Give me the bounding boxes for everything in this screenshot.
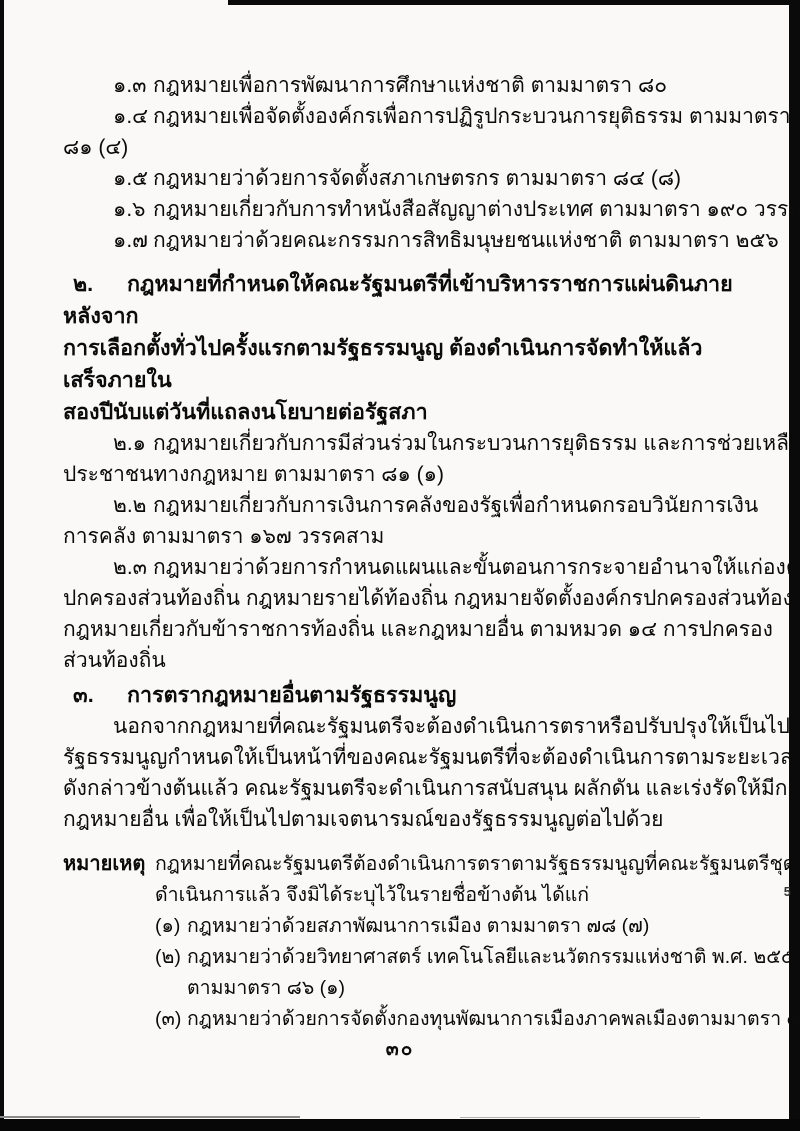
note-item-continuation: ตามมาตรา ๘๖ (๑) — [187, 973, 800, 1004]
list-item-continuation: กฎหมายเกี่ยวกับข้าราชการท้องถิ่น และกฎหม… — [63, 614, 745, 645]
section-2-heading-continuation: การเลือกตั้งทั่วไปครั้งแรกตามรัฐธรรมนูญ … — [63, 332, 745, 396]
section-3: ๓.การตรากฎหมายอื่นตามรัฐธรรมนูญ นอกจากกฎ… — [63, 679, 745, 835]
heading-text: กฎหมายที่กำหนดให้คณะรัฐมนตรีที่เข้าบริหา… — [63, 272, 733, 328]
paragraph-line: นอกจากกฎหมายที่คณะรัฐมนตรีจะต้องดำเนินกา… — [63, 711, 745, 742]
item-text: กฎหมายว่าด้วยการกำหนดแผนและขั้นตอนการกระ… — [153, 556, 800, 579]
paragraph-line: กฎหมายอื่น เพื่อให้เป็นไปตามเจตนารมณ์ของ… — [63, 804, 745, 835]
list-item-continuation: ปกครองส่วนท้องถิ่น กฎหมายรายได้ท้องถิ่น … — [63, 583, 745, 614]
note-item-text: กฎหมายว่าด้วยวิทยาศาสตร์ เทคโนโลยีและนวั… — [187, 946, 800, 968]
note-label: หมายเหตุ — [63, 849, 155, 1035]
list-item-continuation: ประชาชนทางกฎหมาย ตามมาตรา ๘๑ (๑) — [63, 459, 745, 490]
section-3-heading: ๓.การตรากฎหมายอื่นตามรัฐธรรมนูญ — [63, 679, 745, 711]
item-number: ๑.๖ — [113, 194, 153, 225]
note-item-number: (๑) — [155, 911, 187, 942]
note-item-number: (๒) — [155, 942, 187, 973]
document-content: ๑.๓กฎหมายเพื่อการพัฒนาการศึกษาแห่งชาติ ต… — [0, 0, 800, 1035]
item-number: ๒.๑ — [113, 428, 153, 459]
paragraph-line: รัฐธรรมนูญกำหนดให้เป็นหน้าที่ของคณะรัฐมน… — [63, 742, 745, 773]
section-2-heading-continuation: สองปีนับแต่วันที่แถลงนโยบายต่อรัฐสภา — [63, 396, 745, 428]
scan-smudge — [0, 1116, 300, 1118]
note-item: (๓)กฎหมายว่าด้วยการจัดตั้งกองทุนพัฒนาการ… — [155, 1004, 800, 1035]
note-section: หมายเหตุ กฎหมายที่คณะรัฐมนตรีต้องดำเนินก… — [63, 849, 745, 1035]
note-line: ดำเนินการแล้ว จึงมิได้ระบุไว้ในรายชื่อข้… — [155, 880, 800, 911]
list-item: ๒.๒กฎหมายเกี่ยวกับการเงินการคลังของรัฐเพ… — [63, 490, 745, 521]
list-item: ๒.๓กฎหมายว่าด้วยการกำหนดแผนและขั้นตอนการ… — [63, 552, 745, 583]
paragraph-line: ดังกล่าวข้างต้นแล้ว คณะรัฐมนตรีจะดำเนินก… — [63, 773, 745, 804]
item-number: ๑.๗ — [113, 225, 153, 256]
section-number: ๓. — [73, 679, 127, 711]
list-item: ๒.๑กฎหมายเกี่ยวกับการมีส่วนร่วมในกระบวนก… — [63, 428, 745, 459]
item-number: ๑.๕ — [113, 163, 153, 194]
note-item: (๑)กฎหมายว่าด้วยสภาพัฒนาการเมือง ตามมาตร… — [155, 911, 800, 942]
scan-smudge — [460, 1117, 700, 1118]
note-item-number: (๓) — [155, 1004, 187, 1035]
paragraph-text: นอกจากกฎหมายที่คณะรัฐมนตรีจะต้องดำเนินกา… — [113, 715, 800, 738]
scanned-document-page: 5 ๑.๓กฎหมายเพื่อการพัฒนาการศึกษาแห่งชาติ… — [0, 0, 800, 1131]
item-number: ๑.๔ — [113, 101, 153, 132]
item-text: กฎหมายเกี่ยวกับการทำหนังสือสัญญาต่างประเ… — [153, 198, 800, 221]
section-number: ๒. — [73, 268, 127, 300]
item-text: กฎหมายเกี่ยวกับการเงินการคลังของรัฐเพื่อ… — [153, 494, 758, 517]
list-item: ๑.๗กฎหมายว่าด้วยคณะกรรมการสิทธิมนุษยชนแห… — [63, 225, 745, 256]
section-2-heading: ๒.กฎหมายที่กำหนดให้คณะรัฐมนตรีที่เข้าบริ… — [63, 268, 745, 332]
heading-text: การตรากฎหมายอื่นตามรัฐธรรมนูญ — [127, 683, 456, 707]
item-number: ๑.๓ — [113, 70, 153, 101]
section-2: ๒.กฎหมายที่กำหนดให้คณะรัฐมนตรีที่เข้าบริ… — [63, 268, 745, 676]
section-1-law-list: ๑.๓กฎหมายเพื่อการพัฒนาการศึกษาแห่งชาติ ต… — [63, 70, 745, 256]
item-text: กฎหมายว่าด้วยการจัดตั้งสภาเกษตรกร ตามมาต… — [153, 167, 681, 190]
list-item: ๑.๔กฎหมายเพื่อจัดตั้งองค์กรเพื่อการปฏิรู… — [63, 101, 745, 132]
list-item-continuation: ส่วนท้องถิ่น — [63, 645, 745, 676]
item-text: กฎหมายเกี่ยวกับการมีส่วนร่วมในกระบวนการย… — [153, 432, 800, 455]
list-item: ๑.๕กฎหมายว่าด้วยการจัดตั้งสภาเกษตรกร ตาม… — [63, 163, 745, 194]
item-text: กฎหมายเพื่อการพัฒนาการศึกษาแห่งชาติ ตามม… — [153, 74, 667, 97]
list-item: ๑.๓กฎหมายเพื่อการพัฒนาการศึกษาแห่งชาติ ต… — [63, 70, 745, 101]
list-item: ๑.๖กฎหมายเกี่ยวกับการทำหนังสือสัญญาต่างป… — [63, 194, 745, 225]
list-item-continuation: การคลัง ตามมาตรา ๑๖๗ วรรคสาม — [63, 521, 745, 552]
note-body: กฎหมายที่คณะรัฐมนตรีต้องดำเนินการตราตามร… — [155, 849, 800, 1035]
item-number: ๒.๒ — [113, 490, 153, 521]
scan-edge-bottom — [0, 1119, 800, 1131]
note-item-text: กฎหมายว่าด้วยการจัดตั้งกองทุนพัฒนาการเมื… — [187, 1008, 800, 1030]
item-text: กฎหมายว่าด้วยคณะกรรมการสิทธิมนุษยชนแห่งช… — [153, 229, 779, 252]
page-number: ๓๐ — [0, 1034, 800, 1064]
note-item: (๒)กฎหมายว่าด้วยวิทยาศาสตร์ เทคโนโลยีและ… — [155, 942, 800, 973]
note-line: กฎหมายที่คณะรัฐมนตรีต้องดำเนินการตราตามร… — [155, 849, 800, 880]
list-item-continuation: ๘๑ (๔) — [63, 132, 745, 163]
item-text: กฎหมายเพื่อจัดตั้งองค์กรเพื่อการปฏิรูปกร… — [153, 105, 791, 128]
note-item-text: กฎหมายว่าด้วยสภาพัฒนาการเมือง ตามมาตรา ๗… — [187, 915, 649, 937]
item-number: ๒.๓ — [113, 552, 153, 583]
